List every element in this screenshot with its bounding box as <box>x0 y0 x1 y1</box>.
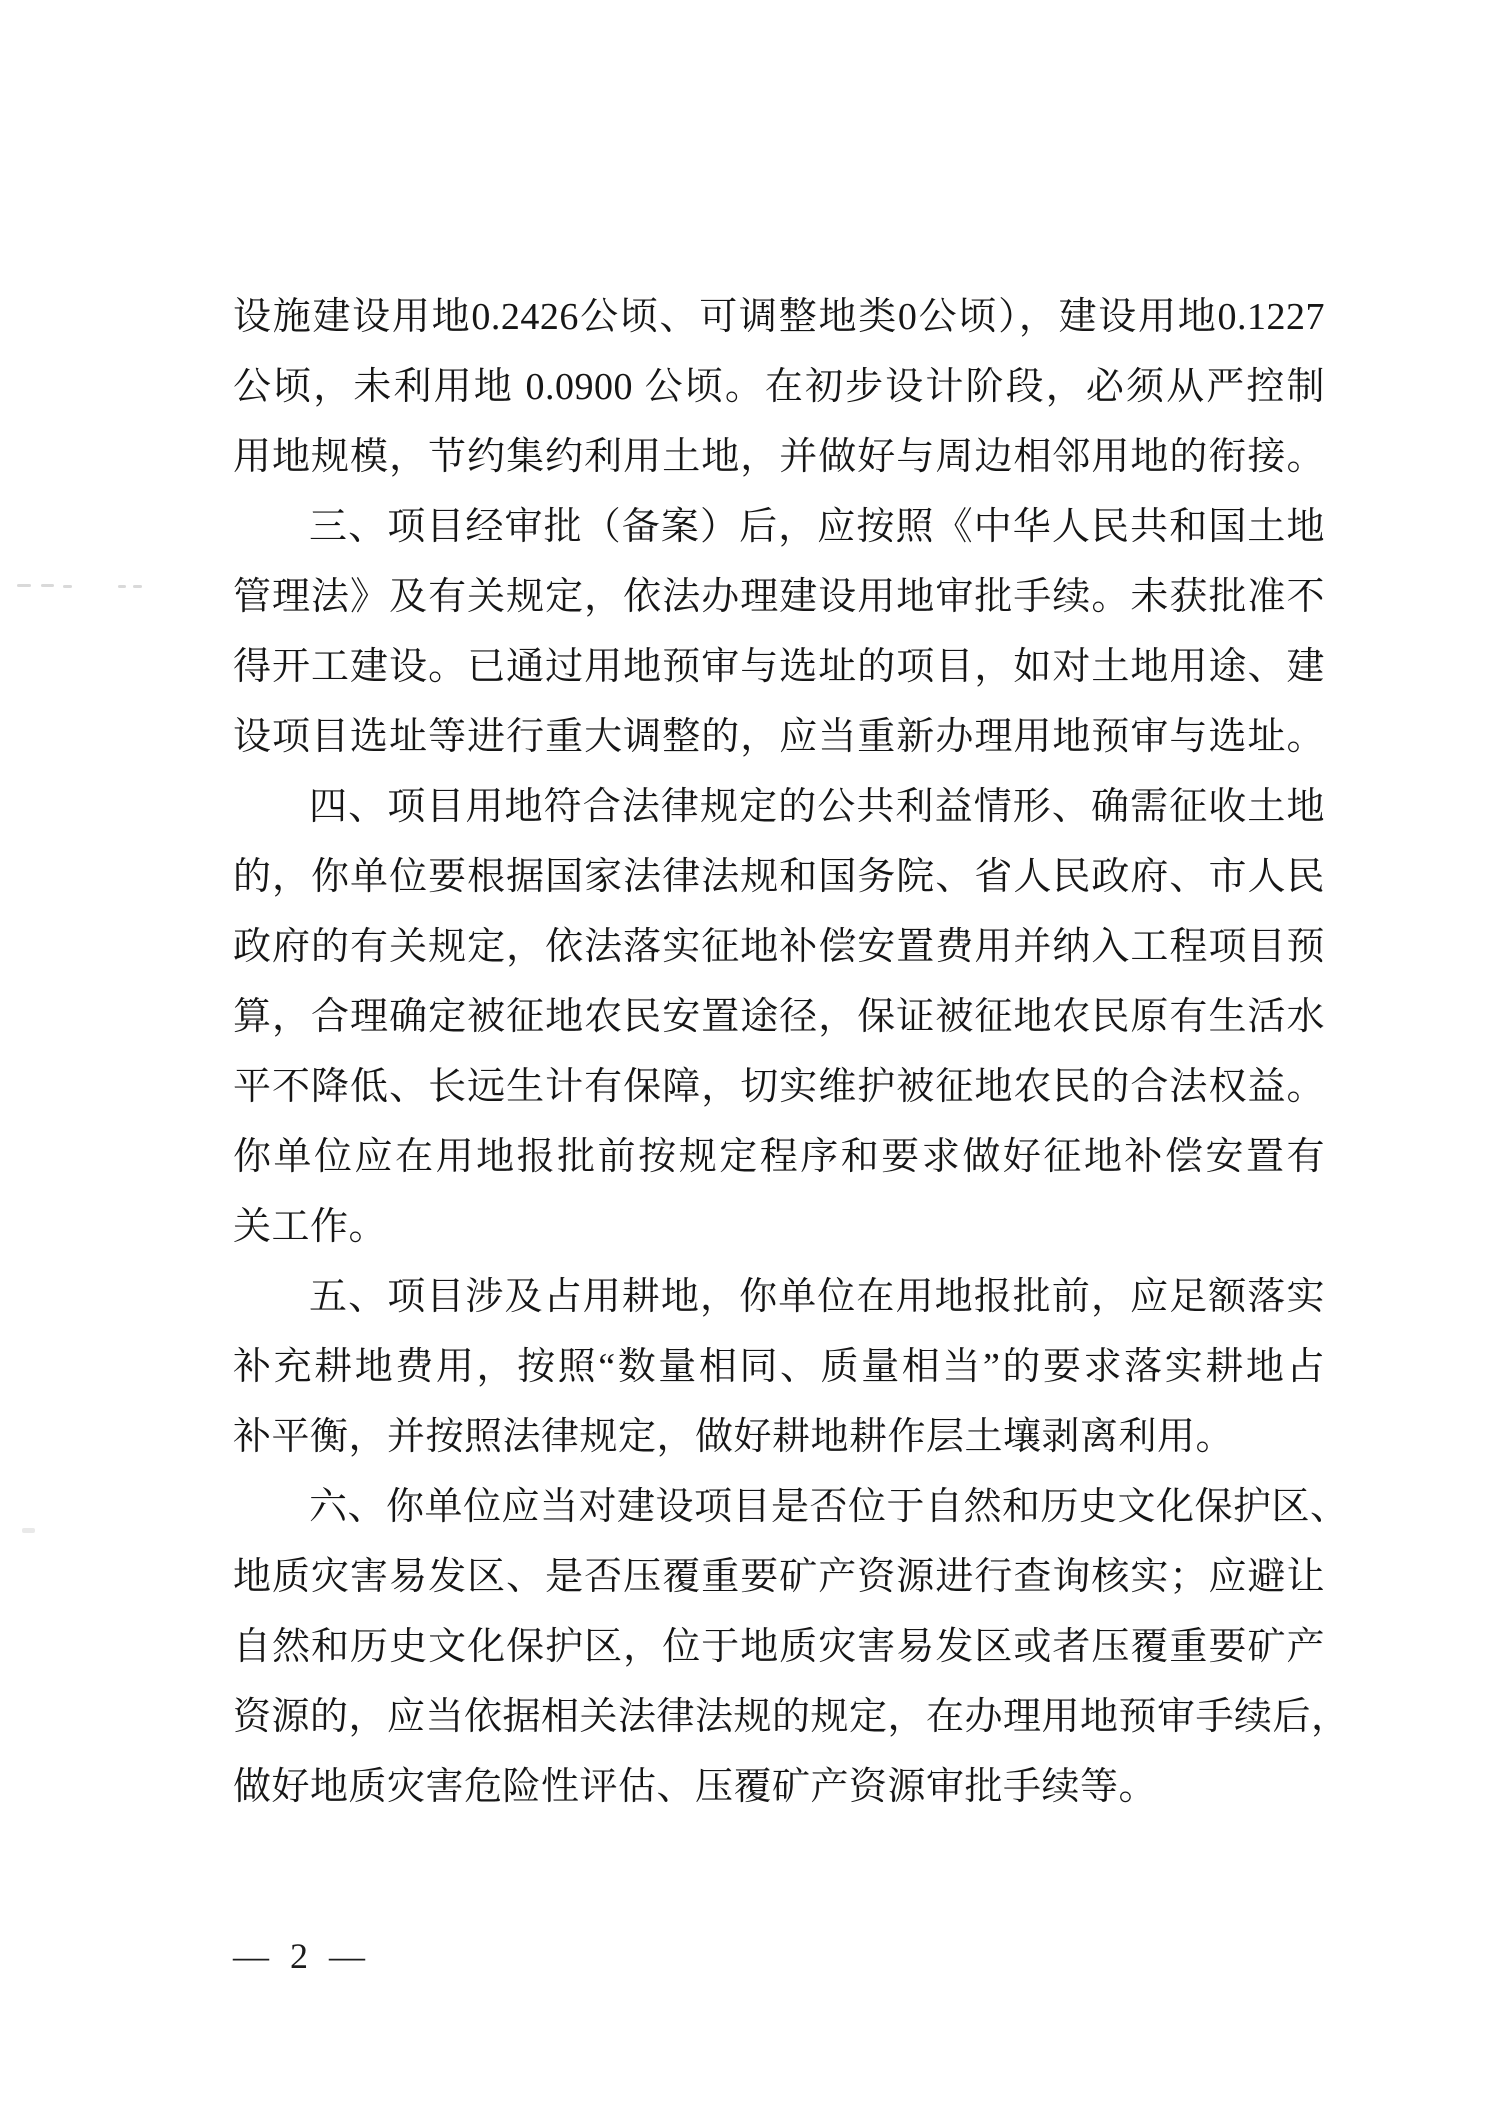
text-line: 补充耕地费用，按照“数量相同、质量相当”的要求落实耕地占 <box>233 1332 1325 1402</box>
scan-artifact <box>118 585 126 588</box>
text-line: 的，你单位要根据国家法律法规和国务院、省人民政府、市人民 <box>233 842 1325 912</box>
text-line: 三、项目经审批（备案）后，应按照《中华人民共和国土地 <box>233 492 1325 562</box>
text-line: 自然和历史文化保护区，位于地质灾害易发区或者压覆重要矿产 <box>233 1612 1325 1682</box>
text-line: 平不降低、长远生计有保障，切实维护被征地农民的合法权益。 <box>233 1052 1325 1122</box>
scan-artifact <box>63 585 72 588</box>
text-line: 地质灾害易发区、是否压覆重要矿产资源进行查询核实；应避让 <box>233 1542 1325 1612</box>
scan-artifact <box>22 1528 35 1533</box>
text-line: 得开工建设。已通过用地预审与选址的项目，如对土地用途、建 <box>233 632 1325 702</box>
text-line: 设施建设用地0.2426公顷、可调整地类0公顷），建设用地0.1227 <box>233 282 1325 352</box>
text-line: 公顷，未利用地 0.0900 公顷。在初步设计阶段，必须从严控制 <box>233 352 1325 422</box>
text-line: 五、项目涉及占用耕地，你单位在用地报批前，应足额落实 <box>233 1262 1325 1332</box>
text-line: 六、你单位应当对建设项目是否位于自然和历史文化保护区、 <box>233 1472 1325 1542</box>
text-line: 用地规模，节约集约利用土地，并做好与周边相邻用地的衔接。 <box>233 422 1325 492</box>
text-line: 管理法》及有关规定，依法办理建设用地审批手续。未获批准不 <box>233 562 1325 632</box>
text-line: 算，合理确定被征地农民安置途径，保证被征地农民原有生活水 <box>233 982 1325 1052</box>
scanned-document-page: 设施建设用地0.2426公顷、可调整地类0公顷），建设用地0.1227 公顷，未… <box>0 0 1488 2104</box>
scan-artifact <box>17 584 31 587</box>
text-line: 你单位应在用地报批前按规定程序和要求做好征地补偿安置有 <box>233 1122 1325 1192</box>
text-line: 设项目选址等进行重大调整的，应当重新办理用地预审与选址。 <box>233 702 1325 772</box>
page-number: — 2 — <box>233 1930 371 1982</box>
text-line: 四、项目用地符合法律规定的公共利益情形、确需征收土地 <box>233 772 1325 842</box>
scan-artifact <box>133 585 142 588</box>
text-line: 补平衡，并按照法律规定，做好耕地耕作层土壤剥离利用。 <box>233 1402 1325 1472</box>
text-line: 关工作。 <box>233 1192 1325 1262</box>
scan-artifact <box>41 584 54 587</box>
document-body: 设施建设用地0.2426公顷、可调整地类0公顷），建设用地0.1227 公顷，未… <box>233 282 1325 1822</box>
text-line: 做好地质灾害危险性评估、压覆矿产资源审批手续等。 <box>233 1752 1325 1822</box>
text-line: 资源的，应当依据相关法律法规的规定，在办理用地预审手续后， <box>233 1682 1325 1752</box>
text-line: 政府的有关规定，依法落实征地补偿安置费用并纳入工程项目预 <box>233 912 1325 982</box>
